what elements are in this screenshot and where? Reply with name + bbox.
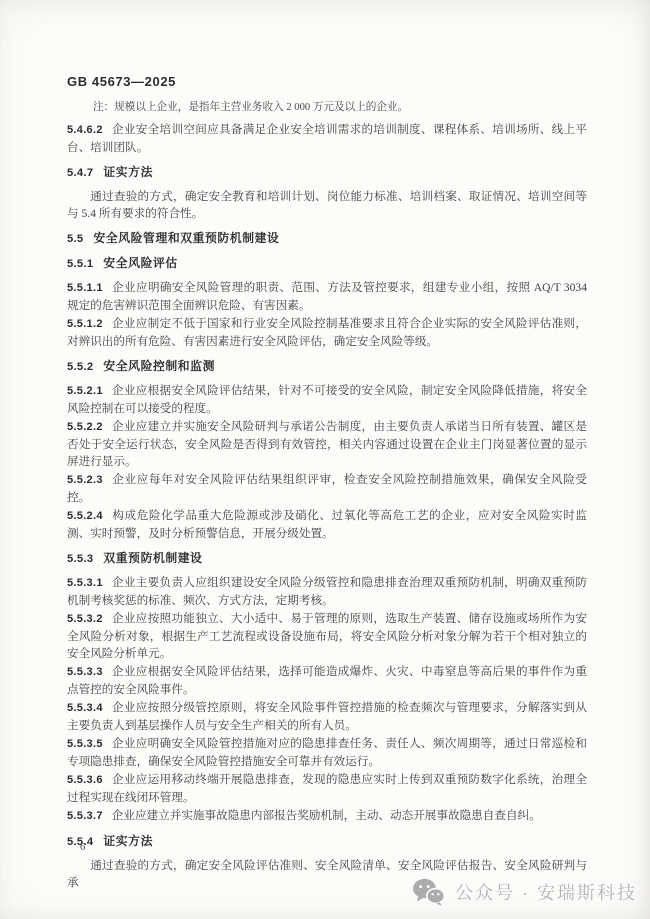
document-body: 注：规模以上企业，是指年主营业务收入 2 000 万元及以上的企业。5.4.6.…	[67, 100, 587, 891]
section-heading-5-4-7: 5.4.7证实方法	[67, 164, 587, 181]
clause-5-5-2-4: 5.5.2.4构成危险化学品重大危险源或涉及硝化、过氧化等高危工艺的企业，应对安…	[67, 507, 587, 542]
clause-number: 5.5.3.6	[67, 774, 103, 786]
clause-number: 5.5.3.4	[67, 702, 103, 714]
clause-5-5-1-2: 5.5.1.2企业应制定不低于国家和行业安全风险控制基准要求且符合企业实际的安全…	[67, 315, 587, 350]
watermark: 公众号 · 安瑞斯科技	[412, 878, 637, 906]
clause-number: 5.5.2.1	[67, 385, 103, 397]
section-number: 5.5.2	[67, 361, 93, 373]
clause-number: 5.5.2.4	[67, 510, 103, 522]
section-heading-5-5-3: 5.5.3双重预防机制建设	[67, 550, 587, 567]
clause-5-5-1-1: 5.5.1.1企业应明确安全风险管理的职责、范围、方法及管控要求，组建专业小组，…	[67, 279, 587, 314]
section-number: 5.5.1	[67, 258, 93, 270]
section-number: 5.4.7	[67, 167, 93, 179]
section-heading-5-5: 5.5安全风险管理和双重预防机制建设	[67, 230, 587, 247]
clause-5-5-3-4: 5.5.3.4企业应按照分级管控原则，将安全风险事件管控措施的检查频次与管理要求…	[67, 699, 587, 734]
clause-5-4-6-2: 5.4.6.2企业安全培训空间应具备满足企业安全培训需求的培训制度、课程体系、培…	[67, 121, 587, 156]
clause-5-5-3-6: 5.5.3.6企业应运用移动终端开展隐患排查，发现的隐患应实时上传到双重预防数字…	[67, 771, 587, 806]
clause-5-5-3-2: 5.5.3.2企业应按照功能独立、大小适中、易于管理的原则，选取生产装置、储存设…	[67, 610, 587, 662]
clause-text: 企业应运用移动终端开展隐患排查，发现的隐患应实时上传到双重预防数字化系统，治理全…	[67, 773, 587, 804]
clause-text: 企业应按照功能独立、大小适中、易于管理的原则，选取生产装置、储存设施或场所作为安…	[67, 612, 587, 660]
clause-number: 5.5.3.5	[67, 738, 103, 750]
clause-text: 企业应按照分级管控原则，将安全风险事件管控措施的检查频次与管理要求，分解落实到从…	[67, 701, 587, 732]
clause-text: 企业应建立并实施安全风险研判与承诺公告制度，由主要负责人承诺当日所有装置、罐区是…	[67, 420, 587, 468]
document-content: GB 45673—2025 注：规模以上企业，是指年主营业务收入 2 000 万…	[67, 74, 587, 892]
standard-number-header: GB 45673—2025	[67, 74, 587, 89]
clause-number: 5.5.2.3	[67, 474, 103, 486]
clause-number: 5.5.3.1	[67, 577, 103, 589]
clause-text: 企业安全培训空间应具备满足企业安全培训需求的培训制度、课程体系、培训场所、线上平…	[67, 123, 587, 154]
clause-number: 5.5.3.2	[67, 613, 103, 625]
wechat-icon	[412, 878, 445, 906]
clause-text: 构成危险化学品重大危险源或涉及硝化、过氧化等高危工艺的企业，应对安全风险实时监测…	[67, 509, 587, 540]
clause-number: 5.4.6.2	[67, 124, 103, 136]
clause-text: 企业应制定不低于国家和行业安全风险控制基准要求且符合企业实际的安全风险评估准则，…	[67, 317, 587, 348]
clause-text: 企业应根据安全风险评估结果，针对不可接受的安全风险，制定安全风险降低措施，将安全…	[67, 384, 587, 415]
clause-number: 5.5.1.2	[67, 318, 103, 330]
clause-text: 企业应每年对安全风险评估结果组织评审，检查安全风险控制措施效果，确保安全风险受控…	[67, 473, 587, 504]
clause-text: 企业应根据安全风险评估结果，选择可能造成爆炸、火灾、中毒窒息等高后果的事件作为重…	[67, 665, 587, 696]
clause-text: 企业应明确安全风险管理的职责、范围、方法及管控要求，组建专业小组，按照 AQ/T…	[67, 281, 587, 312]
clause-text: 企业主要负责人应组织建设安全风险分级管控和隐患排查治理双重预防机制，明确双重预防…	[67, 576, 587, 607]
section-heading-5-5-2: 5.5.2安全风险控制和监测	[67, 358, 587, 375]
watermark-text: 公众号 · 安瑞斯科技	[455, 879, 637, 905]
clause-5-5-3-1: 5.5.3.1企业主要负责人应组织建设安全风险分级管控和隐患排查治理双重预防机制…	[67, 574, 587, 609]
section-title: 双重预防机制建设	[103, 551, 202, 565]
clause-5-5-3-7: 5.5.3.7企业应建立并实施事故隐患内部报告奖励机制，主动、动态开展事故隐患自…	[67, 807, 587, 825]
clause-5-5-2-3: 5.5.2.3企业应每年对安全风险评估结果组织评审，检查安全风险控制措施效果，确…	[67, 471, 587, 506]
section-title: 证实方法	[103, 165, 153, 179]
section-title: 证实方法	[103, 834, 153, 848]
document-page: GB 45673—2025 注：规模以上企业，是指年主营业务收入 2 000 万…	[0, 0, 650, 919]
page-number: 6	[80, 842, 85, 853]
section-number: 5.5	[67, 233, 83, 245]
section-title: 安全风险管理和双重预防机制建设	[93, 231, 279, 245]
clause-5-5-2-2: 5.5.2.2企业应建立并实施安全风险研判与承诺公告制度，由主要负责人承诺当日所…	[67, 418, 587, 470]
paragraph: 通过查验的方式，确定安全教育和培训计划、岗位能力标准、培训档案、取证情况、培训空…	[67, 188, 587, 222]
note: 注：规模以上企业，是指年主营业务收入 2 000 万元及以上的企业。	[67, 100, 587, 115]
section-number: 5.5.3	[67, 553, 93, 565]
clause-number: 5.5.3.3	[67, 666, 103, 678]
clause-text: 企业应明确安全风险管控措施对应的隐患排查任务、责任人、频次周期等，通过日常巡检和…	[67, 737, 587, 768]
section-title: 安全风险控制和监测	[103, 359, 215, 373]
clause-number: 5.5.3.7	[67, 810, 103, 822]
section-heading-5-5-4: 5.5.4证实方法	[67, 833, 587, 850]
clause-5-5-3-3: 5.5.3.3企业应根据安全风险评估结果，选择可能造成爆炸、火灾、中毒窒息等高后…	[67, 663, 587, 698]
clause-number: 5.5.1.1	[67, 282, 103, 294]
section-title: 安全风险评估	[103, 256, 177, 270]
clause-number: 5.5.2.2	[67, 421, 103, 433]
clause-5-5-3-5: 5.5.3.5企业应明确安全风险管控措施对应的隐患排查任务、责任人、频次周期等，…	[67, 735, 587, 770]
clause-5-5-2-1: 5.5.2.1企业应根据安全风险评估结果，针对不可接受的安全风险，制定安全风险降…	[67, 382, 587, 417]
clause-text: 企业应建立并实施事故隐患内部报告奖励机制，主动、动态开展事故隐患自查自纠。	[112, 809, 541, 822]
section-heading-5-5-1: 5.5.1安全风险评估	[67, 255, 587, 272]
